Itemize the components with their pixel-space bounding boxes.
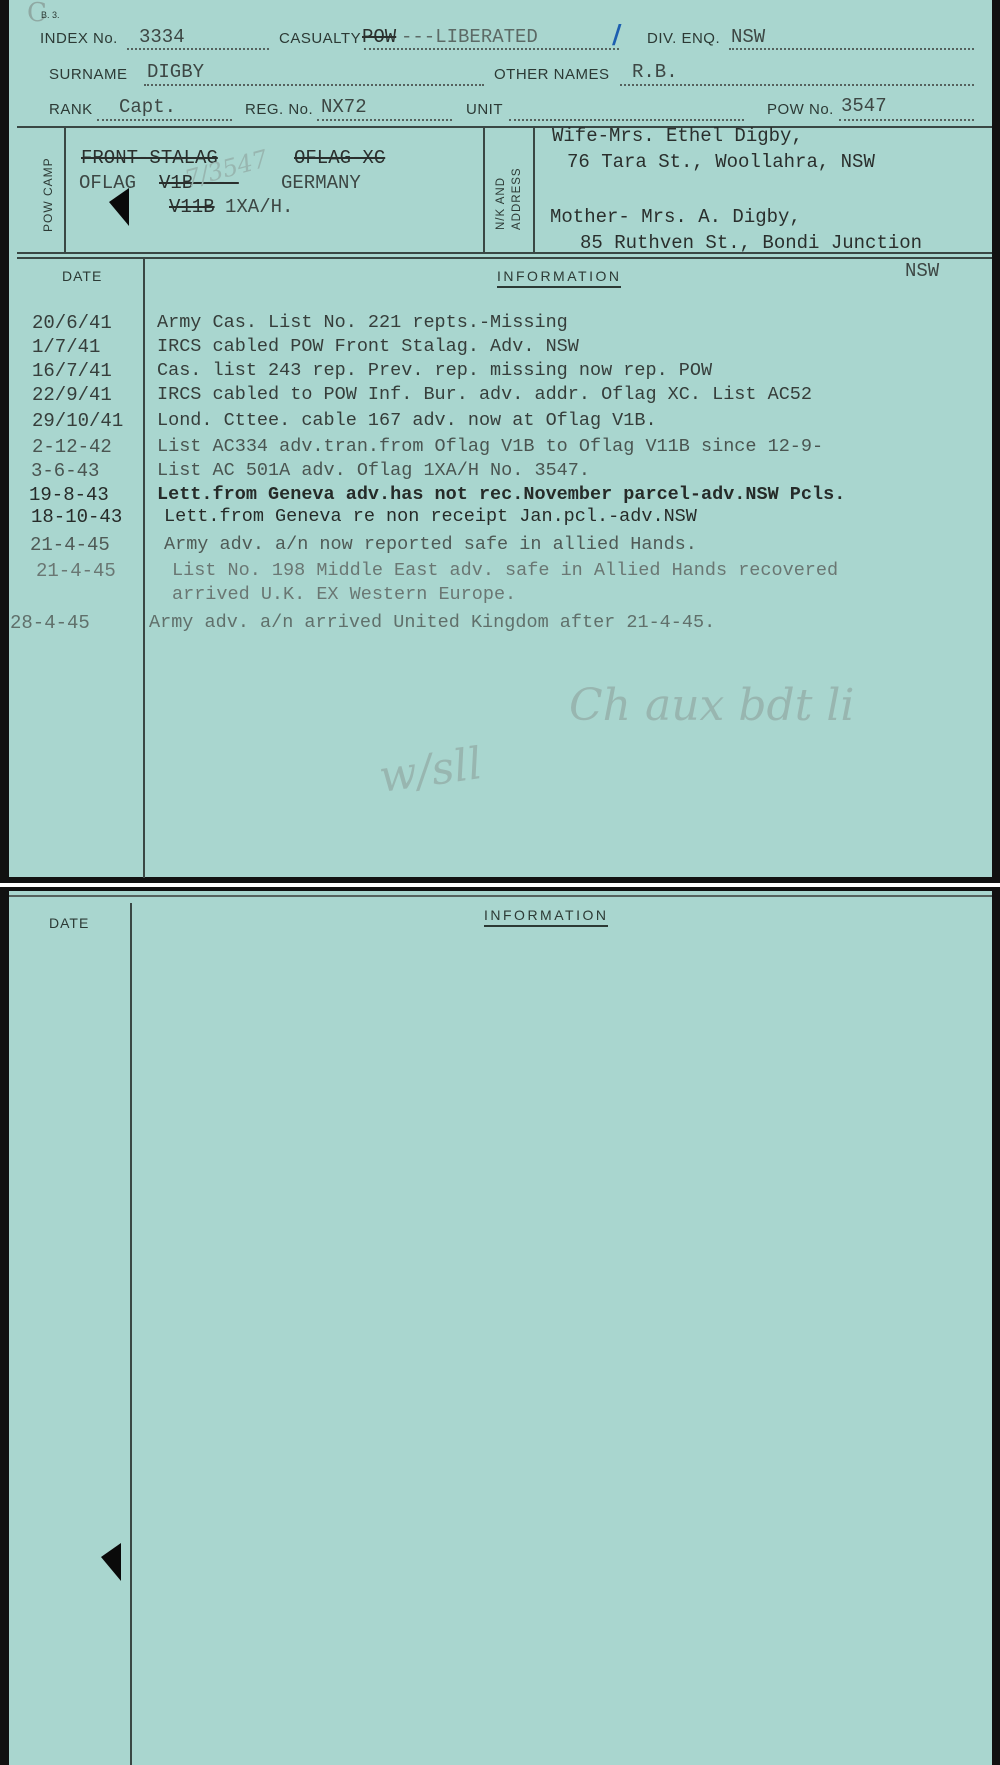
index-dots <box>127 48 269 50</box>
unit-dots <box>509 119 744 121</box>
row-date: 2-12-42 <box>32 436 112 458</box>
nk-line-1: Wife-Mrs. Ethel Digby, <box>552 125 803 147</box>
div-enq-dots <box>729 48 974 50</box>
div-enq-value: NSW <box>731 26 765 48</box>
nk-label-line1: N/K AND <box>495 177 507 230</box>
row-date: 22/9/41 <box>32 384 112 406</box>
record-card-back: DATE INFORMATION <box>0 887 1000 1765</box>
row-date: 19-8-43 <box>29 484 109 506</box>
pow-camp-struck-oflag-xc: OFLAG-XC <box>294 147 385 169</box>
back-top-edge <box>9 895 992 897</box>
row-information: Army adv. a/n arrived United Kingdom aft… <box>149 612 715 633</box>
row-date: 18-10-43 <box>31 506 122 528</box>
row-information: Lett.from Geneva re non receipt Jan.pcl.… <box>164 506 697 527</box>
nk-label-line2: ADDRESS <box>511 167 523 230</box>
nk-line-4: 85 Ruthven St., Bondi Junction <box>580 232 922 254</box>
back-information-header: INFORMATION <box>484 907 608 927</box>
table-divider-top <box>17 252 992 254</box>
nk-divider-left <box>483 127 485 252</box>
nk-line-3: Mother- Mrs. A. Digby, <box>550 206 801 228</box>
row-information: arrived U.K. EX Western Europe. <box>172 584 516 605</box>
casualty-value: ---LIBERATED <box>401 26 538 48</box>
other-names-label: OTHER NAMES <box>494 66 610 83</box>
row-information: Lett.from Geneva adv.has not rec.Novembe… <box>157 484 845 505</box>
row-date: 3-6-43 <box>31 460 99 482</box>
record-card-front: C B. 3. INDEX No. 3334 CASUALTY POW ---L… <box>0 0 1000 883</box>
table-divider-bottom <box>17 257 992 259</box>
back-date-header: DATE <box>49 915 89 931</box>
row-date: 20/6/41 <box>32 312 112 334</box>
reg-no-dots <box>317 119 452 121</box>
pencil-note-1: Ch aux bdt li <box>569 680 855 731</box>
pow-camp-label: POW CAMP <box>41 157 55 232</box>
pencil-note-2: w/sll <box>376 738 485 803</box>
nk-divider-right <box>533 127 535 252</box>
index-label: INDEX No. <box>40 30 118 47</box>
row-date: 21-4-45 <box>36 560 116 582</box>
div-enq-label: DIV. ENQ. <box>647 30 720 47</box>
rank-dots <box>97 119 232 121</box>
row-date: 16/7/41 <box>32 360 112 382</box>
pow-camp-divider <box>64 127 66 252</box>
other-names-value: R.B. <box>632 61 678 83</box>
pow-camp-current: 1XA/H. <box>225 196 293 218</box>
pow-camp-struck-v11b: V11B <box>169 196 215 218</box>
row-information: Lond. Cttee. cable 167 adv. now at Oflag… <box>157 410 657 431</box>
nk-line-5: NSW <box>905 260 939 282</box>
pow-no-label: POW No. <box>767 101 834 118</box>
row-information: List AC334 adv.tran.from Oflag V1B to Of… <box>157 436 823 457</box>
casualty-dots <box>364 48 619 50</box>
date-column-divider <box>143 258 145 878</box>
pow-no-value: 3547 <box>841 95 887 117</box>
unit-label: UNIT <box>466 101 503 118</box>
row-information: Army Cas. List No. 221 repts.-Missing <box>157 312 568 333</box>
reg-no-value: NX72 <box>321 96 367 118</box>
surname-dots <box>144 84 484 86</box>
row-information: List AC 501A adv. Oflag 1XA/H No. 3547. <box>157 460 590 481</box>
row-date: 21-4-45 <box>30 534 110 556</box>
information-header: INFORMATION <box>497 268 621 288</box>
surname-value: DIGBY <box>147 61 204 83</box>
reg-no-label: REG. No. <box>245 101 313 118</box>
row-information: IRCS cabled POW Front Stalag. Adv. NSW <box>157 336 579 357</box>
blue-pen-tick: / <box>612 20 622 50</box>
row-information: Cas. list 243 rep. Prev. rep. missing no… <box>157 360 712 381</box>
other-names-dots <box>620 84 974 86</box>
pow-camp-country: GERMANY <box>281 172 361 194</box>
row-information: IRCS cabled to POW Inf. Bur. adv. addr. … <box>157 384 812 405</box>
rank-value: Capt. <box>119 96 176 118</box>
back-punch-hole <box>101 1543 121 1581</box>
row-information: Army adv. a/n now reported safe in allie… <box>164 534 697 555</box>
row-date: 29/10/41 <box>32 410 123 432</box>
casualty-label: CASUALTY <box>279 30 361 47</box>
casualty-struck: POW <box>362 26 396 48</box>
row-information: List No. 198 Middle East adv. safe in Al… <box>172 560 838 581</box>
row-date: 28-4-45 <box>10 612 90 634</box>
pow-no-dots <box>839 119 974 121</box>
back-date-column-divider <box>130 903 132 1765</box>
punch-hole <box>109 188 129 226</box>
index-value: 3334 <box>139 26 185 48</box>
date-header: DATE <box>62 268 102 284</box>
header-divider <box>17 126 992 128</box>
nk-line-2: 76 Tara St., Woollahra, NSW <box>567 151 875 173</box>
rank-label: RANK <box>49 101 93 118</box>
form-code: B. 3. <box>41 10 60 20</box>
row-date: 1/7/41 <box>32 336 100 358</box>
surname-label: SURNAME <box>49 66 128 83</box>
